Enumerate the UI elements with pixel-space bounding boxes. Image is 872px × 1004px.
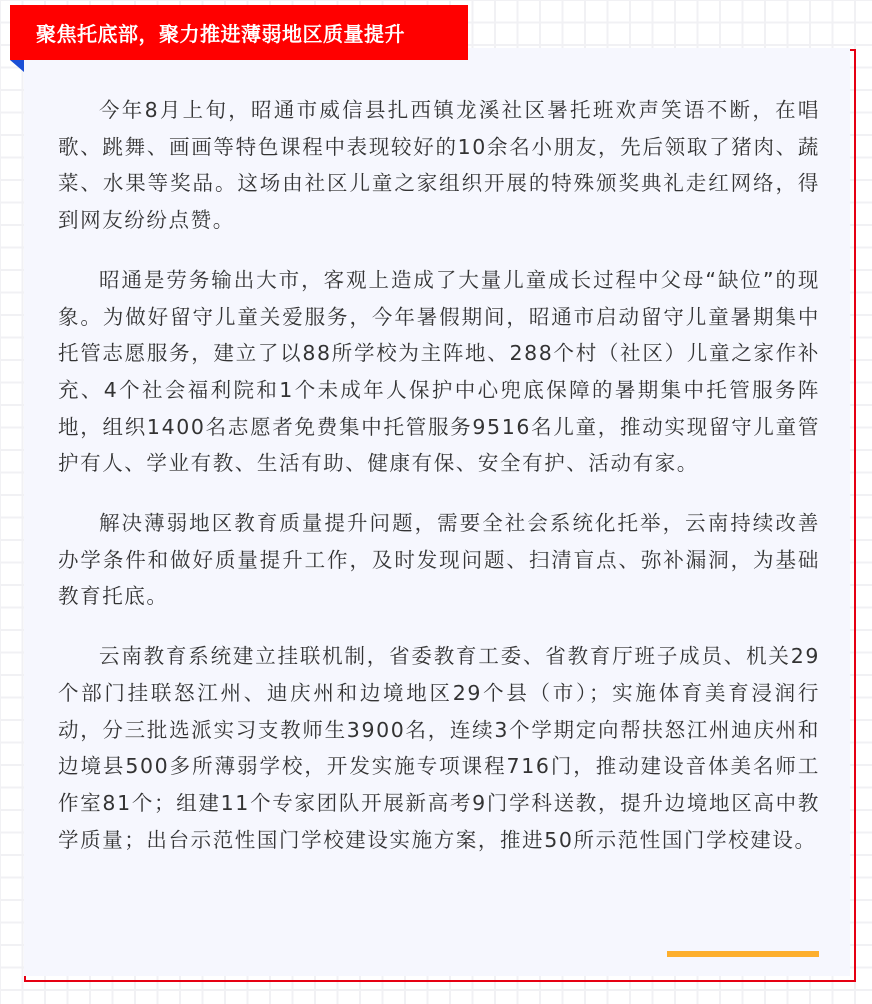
section-title: 聚焦托底部，聚力推进薄弱地区质量提升 [36,18,405,47]
section-title-banner: 聚焦托底部，聚力推进薄弱地区质量提升 [10,5,468,60]
decorative-frame-tick [850,49,856,51]
decorative-accent-bar [667,951,819,957]
article-body: 今年8月上旬，昭通市威信县扎西镇龙溪社区暑托班欢声笑语不断，在唱歌、跳舞、画画等… [58,92,820,881]
article-paragraph: 解决薄弱地区教育质量提升问题，需要全社会系统化托举，云南持续改善办学条件和做好质… [58,505,820,615]
article-paragraph: 昭通是劳务输出大市，客观上造成了大量儿童成长过程中父母“缺位”的现象。为做好留守… [58,262,820,482]
article-paragraph: 云南教育系统建立挂联机制，省委教育工委、省教育厅班子成员、机关29个部门挂联怒江… [58,638,820,858]
article-paragraph: 今年8月上旬，昭通市威信县扎西镇龙溪社区暑托班欢声笑语不断，在唱歌、跳舞、画画等… [58,92,820,239]
corner-fold-icon [10,60,24,72]
